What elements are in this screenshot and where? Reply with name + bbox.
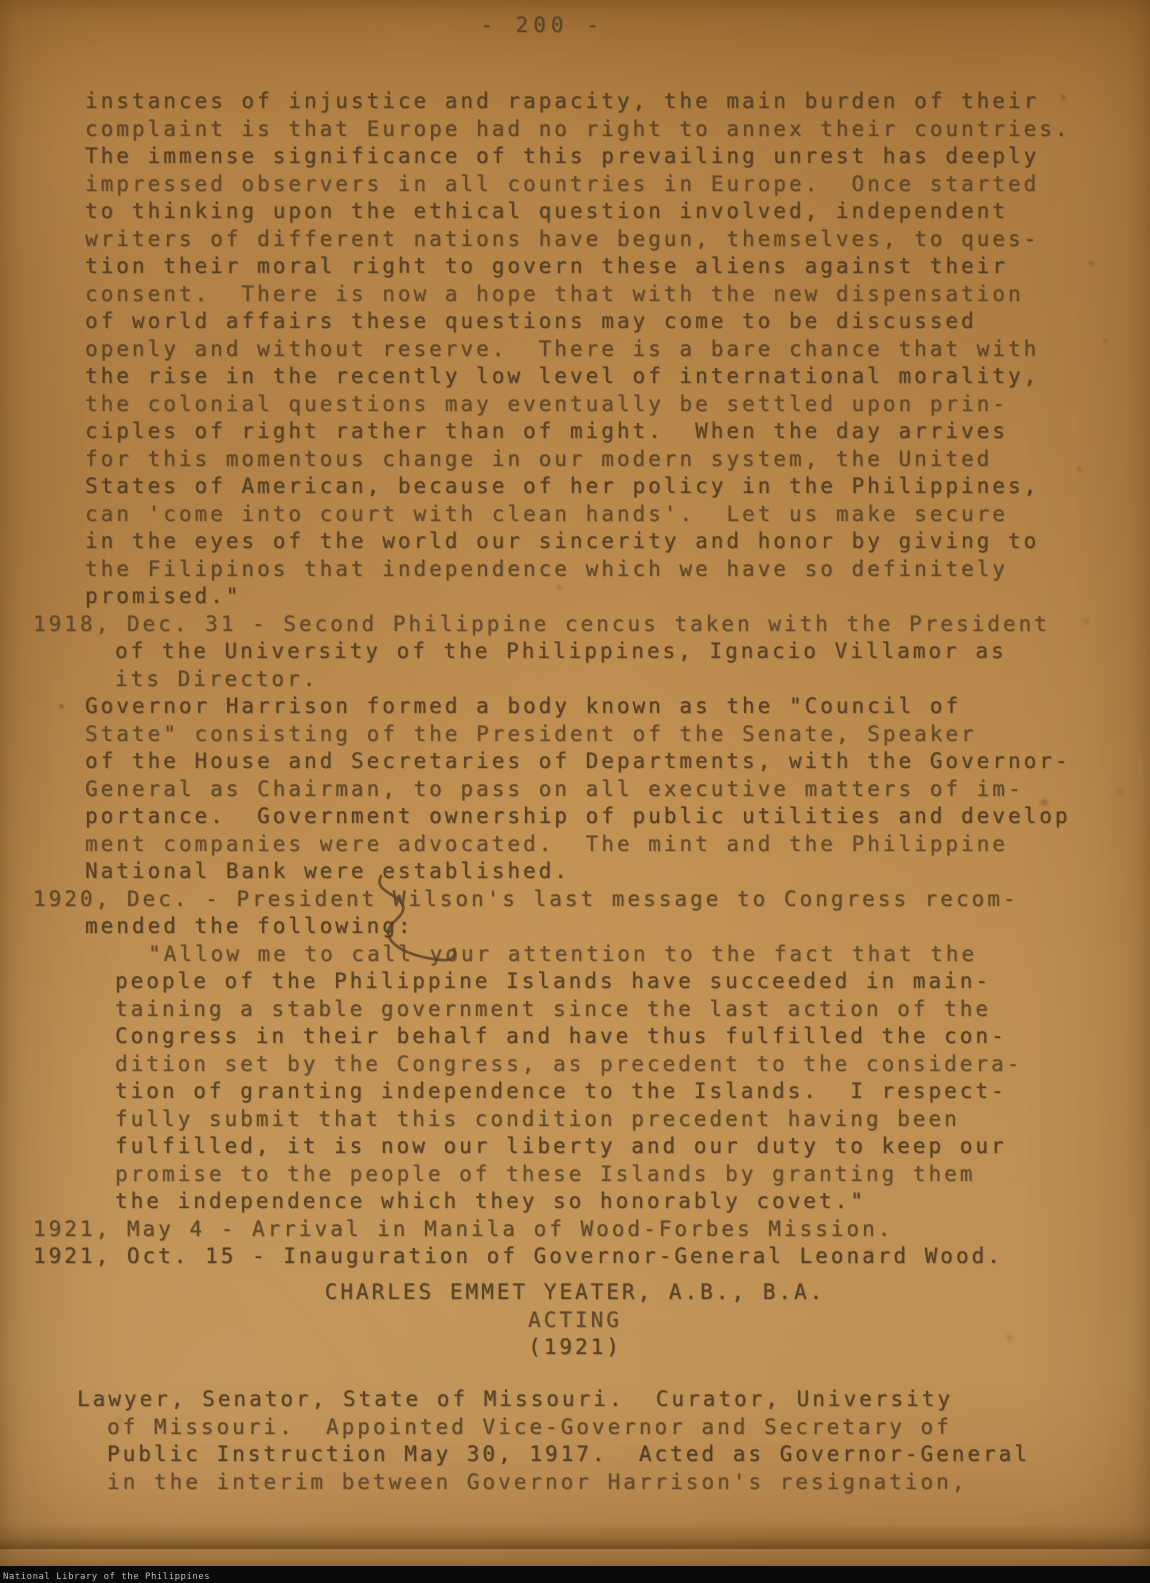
text-line: The immense significance of this prevail… <box>0 143 1150 171</box>
text-line: Governor Harrison formed a body known as… <box>0 693 1150 721</box>
body-text: instances of injustice and rapacity, the… <box>0 88 1150 1271</box>
text-line: fully submit that this condition precede… <box>0 1106 1150 1134</box>
text-line: promise to the people of these Islands b… <box>0 1161 1150 1189</box>
text-line: promised." <box>0 583 1150 611</box>
text-line: 1921, May 4 - Arrival in Manila of Wood-… <box>0 1216 1150 1244</box>
section-heading: CHARLES EMMET YEATER, A.B., B.A. ACTING … <box>0 1279 1150 1362</box>
text-line: of the House and Secretaries of Departme… <box>0 748 1150 776</box>
text-line: States of American, because of her polic… <box>0 473 1150 501</box>
text-line: its Director. <box>0 666 1150 694</box>
text-line: of world affairs these questions may com… <box>0 308 1150 336</box>
heading-year: (1921) <box>0 1334 1150 1362</box>
text-line: National Bank were established. <box>0 858 1150 886</box>
text-line: can 'come into court with clean hands'. … <box>0 501 1150 529</box>
text-line: "Allow me to call your attention to the … <box>0 941 1150 969</box>
text-line: mended the following: <box>0 913 1150 941</box>
text-line: in the eyes of the world our sincerity a… <box>0 528 1150 556</box>
text-line: State" consisting of the President of th… <box>0 721 1150 749</box>
text-line: Lawyer, Senator, State of Missouri. Cura… <box>0 1386 1150 1414</box>
text-line: ment companies were advocated. The mint … <box>0 831 1150 859</box>
page-edge-shadow <box>0 1523 1150 1549</box>
text-line: tion their moral right to govern these a… <box>0 253 1150 281</box>
text-line: 1920, Dec. - President Wilson's last mes… <box>0 886 1150 914</box>
footer-bar: National Library of the Philippines <box>0 1566 1150 1583</box>
text-line: instances of injustice and rapacity, the… <box>0 88 1150 116</box>
text-line: dition set by the Congress, as precedent… <box>0 1051 1150 1079</box>
paper-stains <box>0 0 3 3</box>
footer-label: National Library of the Philippines <box>0 1568 210 1582</box>
heading-role: ACTING <box>0 1307 1150 1335</box>
text-line: 1921, Oct. 15 - Inauguration of Governor… <box>0 1243 1150 1271</box>
text-line: taining a stable government since the la… <box>0 996 1150 1024</box>
text-line: portance. Government ownership of public… <box>0 803 1150 831</box>
text-line: impressed observers in all countries in … <box>0 171 1150 199</box>
page-number: - 200 - <box>0 13 1117 37</box>
text-line: Public Instruction May 30, 1917. Acted a… <box>0 1441 1150 1469</box>
text-line: tion of granting independence to the Isl… <box>0 1078 1150 1106</box>
text-line: of the University of the Philippines, Ig… <box>0 638 1150 666</box>
text-line: in the interim between Governor Harrison… <box>0 1469 1150 1497</box>
document-page: - 200 - instances of injustice and rapac… <box>0 0 1150 1566</box>
text-line: ciples of right rather than of might. Wh… <box>0 418 1150 446</box>
text-line: for this momentous change in our modern … <box>0 446 1150 474</box>
text-line: the rise in the recently low level of in… <box>0 363 1150 391</box>
text-line: of Missouri. Appointed Vice-Governor and… <box>0 1414 1150 1442</box>
bio-text: Lawyer, Senator, State of Missouri. Cura… <box>0 1386 1150 1496</box>
text-line: people of the Philippine Islands have su… <box>0 968 1150 996</box>
text-line: 1918, Dec. 31 - Second Philippine cencus… <box>0 611 1150 639</box>
text-line: the Filipinos that independence which we… <box>0 556 1150 584</box>
text-line: writers of different nations have begun,… <box>0 226 1150 254</box>
text-line: the independence which they so honorably… <box>0 1188 1150 1216</box>
text-line: consent. There is now a hope that with t… <box>0 281 1150 309</box>
heading-name: CHARLES EMMET YEATER, A.B., B.A. <box>0 1279 1150 1307</box>
text-line: General as Chairman, to pass on all exec… <box>0 776 1150 804</box>
text-line: complaint is that Europe had no right to… <box>0 116 1150 144</box>
text-line: openly and without reserve. There is a b… <box>0 336 1150 364</box>
text-line: fulfilled, it is now our liberty and our… <box>0 1133 1150 1161</box>
text-line: Congress in their behalf and have thus f… <box>0 1023 1150 1051</box>
text-line: the colonial questions may eventually be… <box>0 391 1150 419</box>
text-line: to thinking upon the ethical question in… <box>0 198 1150 226</box>
